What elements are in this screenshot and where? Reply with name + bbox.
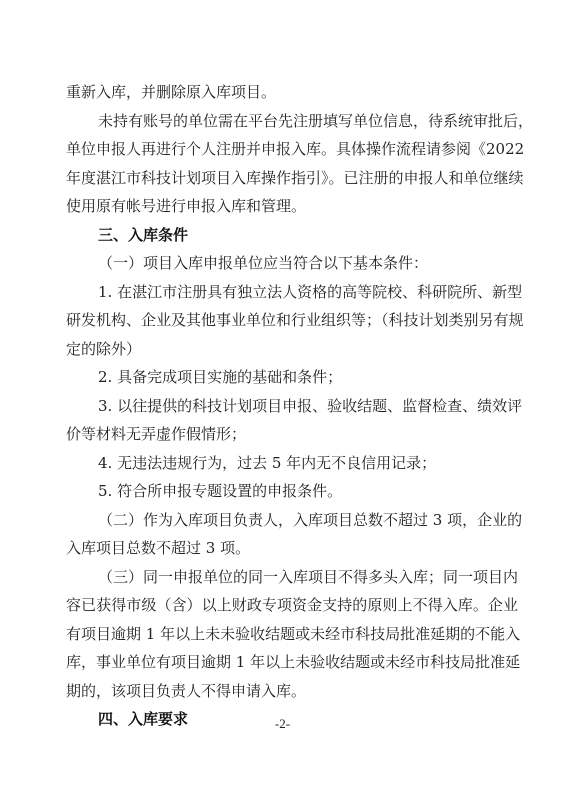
- paragraph-line: 年度湛江市科技计划项目入库操作指引》。已注册的申报人和单位继续: [66, 164, 518, 193]
- paragraph-line: 重新入库，并删除原入库项目。: [66, 78, 518, 107]
- paragraph-line: （二）作为入库项目负责人，入库项目总数不超过 3 项，企业的: [66, 506, 518, 535]
- paragraph-line: 使用原有帐号进行申报入库和管理。: [66, 192, 518, 221]
- list-item-line: 1. 在湛江市注册具有独立法人资格的高等院校、科研院所、新型: [66, 278, 518, 307]
- document-page: 重新入库，并删除原入库项目。 未持有账号的单位需在平台先注册填写单位信息，待系统…: [0, 0, 565, 800]
- page-number: -2-: [0, 716, 565, 732]
- subsection-heading: （一）项目入库申报单位应当符合以下基本条件：: [66, 249, 518, 278]
- paragraph-line: 期的，该项目负责人不得申请入库。: [66, 677, 518, 706]
- list-item-line: 2. 具备完成项目实施的基础和条件；: [66, 363, 518, 392]
- section-heading: 三、入库条件: [66, 221, 518, 250]
- list-item-line: 3. 以往提供的科技计划项目申报、验收结题、监督检查、绩效评: [66, 392, 518, 421]
- paragraph-line: 未持有账号的单位需在平台先注册填写单位信息，待系统审批后，: [66, 107, 518, 136]
- list-item-line: 研发机构、企业及其他事业单位和行业组织等；（科技计划类别另有规: [66, 306, 518, 335]
- paragraph-line: 容已获得市级（含）以上财政专项资金支持的原则上不得入库。企业: [66, 591, 518, 620]
- list-item-line: 5. 符合所申报专题设置的申报条件。: [66, 477, 518, 506]
- paragraph-line: 库，事业单位有项目逾期 1 年以上未验收结题或未经市科技局批准延: [66, 648, 518, 677]
- list-item-line: 4. 无违法违规行为，过去 5 年内无不良信用记录；: [66, 449, 518, 478]
- list-item-line: 价等材料无弄虚作假情形；: [66, 420, 518, 449]
- paragraph-line: （三）同一申报单位的同一入库项目不得多头入库；同一项目内: [66, 563, 518, 592]
- paragraph-line: 有项目逾期 1 年以上未未验收结题或未经市科技局批准延期的不能入: [66, 620, 518, 649]
- list-item-line: 定的除外）: [66, 335, 518, 364]
- document-body: 重新入库，并删除原入库项目。 未持有账号的单位需在平台先注册填写单位信息，待系统…: [66, 78, 518, 734]
- paragraph-line: 单位申报人再进行个人注册并申报入库。具体操作流程请参阅《2022: [66, 135, 518, 164]
- paragraph-line: 入库项目总数不超过 3 项。: [66, 534, 518, 563]
